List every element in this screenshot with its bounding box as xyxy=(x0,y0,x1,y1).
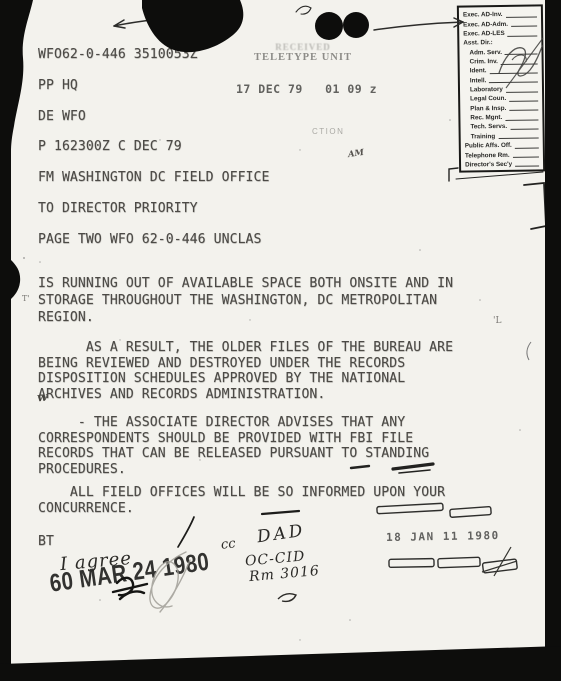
body-paragraph-4: ALL FIELD OFFICES WILL BE SO INFORMED UP… xyxy=(38,485,445,517)
w-pen-mark: w xyxy=(36,389,48,404)
routing-stamp-rows: Exec. AD-Inv.Exec. AD-Adm.Exec. AD-LESAs… xyxy=(463,9,541,169)
body-paragraph-2: AS A RESULT, THE OLDER FILES OF THE BURE… xyxy=(38,340,453,402)
teletype-unit-stamp-line1: RECEIVED xyxy=(238,42,368,52)
teletype-unit-stamp-line2: TELETYPE UNIT xyxy=(238,52,368,63)
scan-edge-right xyxy=(545,0,561,681)
body-paragraph-3: - THE ASSOCIATE DIRECTOR ADVISES THAT AN… xyxy=(38,415,429,477)
am-handwritten-note: AM xyxy=(347,148,364,160)
bracket-pen-mark xyxy=(449,168,546,229)
teletype-unit-stamp: RECEIVED TELETYPE UNIT xyxy=(238,42,368,63)
cc-initial-squiggle xyxy=(278,594,296,602)
sign-off-bt: BT xyxy=(38,534,54,550)
datetime-stamp: 17 DEC 79 01 09 z xyxy=(236,82,377,96)
document-scan: WFO62-0-446 3510053Z PP HQ DE WFO P 1623… xyxy=(0,0,561,681)
top-arrow-marks xyxy=(114,6,463,30)
paren-pen-mark xyxy=(527,342,531,360)
jan-11-1980-date-stamp: 18 JAN 11 1980 xyxy=(386,529,500,544)
scan-edge-left xyxy=(0,0,33,681)
white-out-pen-strokes xyxy=(482,547,517,576)
cc-note-line2: DAD xyxy=(256,521,307,548)
t-pen-mark: T' xyxy=(22,294,30,303)
l-pen-mark: 'L xyxy=(493,316,501,326)
cc-note-line1: cc xyxy=(220,536,236,552)
body-paragraph-1: IS RUNNING OUT OF AVAILABLE SPACE BOTH O… xyxy=(38,275,453,326)
hole-punch-marks xyxy=(315,12,369,40)
teletype-header: WFO62-0-446 3510053Z PP HQ DE WFO P 1623… xyxy=(38,40,270,256)
scan-edge-bottom xyxy=(0,646,561,681)
faint-stamp-fragment: CTION xyxy=(312,127,344,136)
routing-stamp: Exec. AD-Inv.Exec. AD-Adm.Exec. AD-LESAs… xyxy=(457,4,545,172)
routing-stamp-row: Director's Sec'y xyxy=(465,159,541,169)
